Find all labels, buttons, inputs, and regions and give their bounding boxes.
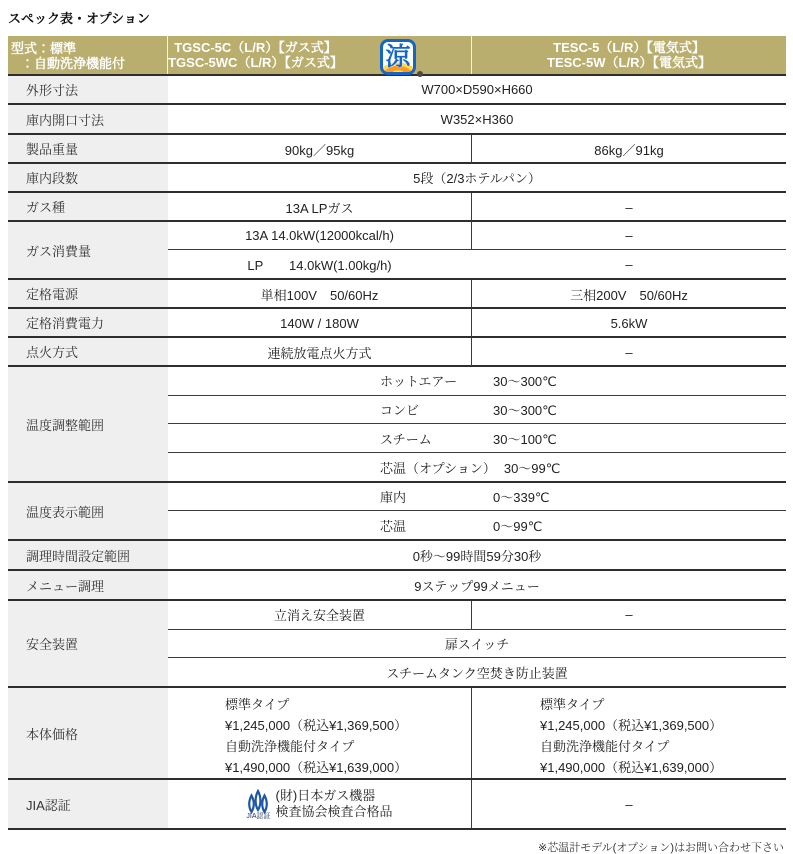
table-row-gas-type: ガス種 13A LPガス – <box>8 193 786 222</box>
row-label: 定格電源 <box>8 280 168 307</box>
cool-mark-wrap: 涼 <box>380 38 426 80</box>
gas-consumption-13a-value: 13A 14.0kW(12000kcal/h) <box>168 222 472 249</box>
temp-display-item: 庫内 0～339℃ <box>168 483 786 510</box>
cool-mark-icon: 涼 <box>380 39 416 75</box>
price-line: ¥1,245,000（税込¥1,369,500） <box>540 715 722 736</box>
gas-consumption-13a-electric: – <box>472 222 786 249</box>
row-label: 庫内開口寸法 <box>8 105 168 133</box>
row-label: 外形寸法 <box>8 76 168 103</box>
spec-page: スペック表・オプション 型式：標準 ：自動洗浄機能付 TGSC-5C（L/R）【… <box>8 8 786 854</box>
gas-model-line2: TGSC-5WC（L/R）【ガス式】 <box>168 55 343 70</box>
gas-consumption-lp-electric: – <box>472 250 786 278</box>
jia-text-line1: (財)日本ガス機器 <box>276 788 393 804</box>
row-label: 温度表示範囲 <box>8 483 168 539</box>
registered-mark-icon <box>417 71 423 77</box>
gas-type-electric-value: – <box>472 193 786 221</box>
power-consumption-gas-value: 140W / 180W <box>168 309 472 337</box>
jia-gas-cell: JIA認証 (財)日本ガス機器 検査協会検査合格品 <box>168 780 472 828</box>
price-gas-cell: 標準タイプ ¥1,245,000（税込¥1,369,500） 自動洗浄機能付タイ… <box>168 688 472 778</box>
row-label: 調理時間設定範囲 <box>8 541 168 569</box>
row-label: メニュー調理 <box>8 571 168 599</box>
temp-adjust-item: 芯温（オプション） 30～99℃ <box>168 453 786 481</box>
safety-gas-value: 立消え安全装置 <box>168 601 472 629</box>
temp-range-value: 30～99℃ <box>504 458 561 477</box>
table-row-jia-certification: JIA認証 JIA認証 <box>8 780 786 830</box>
jia-logo-caption: JIA認証 <box>246 813 270 820</box>
header-gas-model: TGSC-5C（L/R）【ガス式】 TGSC-5WC（L/R）【ガス式】 涼 <box>168 36 472 74</box>
temp-adjust-item: コンビ 30～300℃ <box>168 396 786 424</box>
price-electric-cell: 標準タイプ ¥1,245,000（税込¥1,369,500） 自動洗浄機能付タイ… <box>472 688 786 778</box>
table-row-gas-consumption: ガス消費量 13A 14.0kW(12000kcal/h) – LP 14.0k… <box>8 222 786 280</box>
ignition-gas-value: 連続放電点火方式 <box>168 338 472 366</box>
row-label: 庫内段数 <box>8 164 168 191</box>
table-row-power-consumption: 定格消費電力 140W / 180W 5.6kW <box>8 309 786 338</box>
page-title: スペック表・オプション <box>8 8 786 27</box>
row-label: 温度調整範囲 <box>8 367 168 481</box>
jia-logo-icon <box>246 789 270 814</box>
temp-range-value: 0～99℃ <box>493 516 542 535</box>
gas-consumption-lp-value: LP 14.0kW(1.00kg/h) <box>168 250 472 278</box>
table-row-temp-display-range: 温度表示範囲 庫内 0～339℃ 芯温 0～99℃ <box>8 483 786 541</box>
jia-text-line2: 検査協会検査合格品 <box>276 804 393 820</box>
price-line: ¥1,490,000（税込¥1,639,000） <box>225 757 407 778</box>
spec-table: 型式：標準 ：自動洗浄機能付 TGSC-5C（L/R）【ガス式】 TGSC-5W… <box>8 36 786 830</box>
temp-mode-name: スチーム <box>380 429 485 448</box>
temp-range-value: 0～339℃ <box>493 487 550 506</box>
safety-steam-tank: スチームタンク空焚き防止装置 <box>168 658 786 686</box>
electric-model-names: TESC-5（L/R）【電気式】 TESC-5W（L/R）【電気式】 <box>472 40 786 70</box>
header-electric-model: TESC-5（L/R）【電気式】 TESC-5W（L/R）【電気式】 <box>472 36 786 74</box>
price-line: ¥1,245,000（税込¥1,369,500） <box>225 715 407 736</box>
electric-model-line2: TESC-5W（L/R）【電気式】 <box>472 55 786 70</box>
temp-display-item: 芯温 0～99℃ <box>168 511 786 539</box>
table-row-menu-cooking: メニュー調理 9ステップ99メニュー <box>8 571 786 601</box>
temp-mode-name: ホットエアー <box>380 371 485 390</box>
shelves-value: 5段（2/3ホテルパン） <box>168 164 786 191</box>
table-header-row: 型式：標準 ：自動洗浄機能付 TGSC-5C（L/R）【ガス式】 TGSC-5W… <box>8 36 786 76</box>
power-supply-electric-value: 三相200V 50/60Hz <box>472 280 786 308</box>
temp-range-value: 30～300℃ <box>493 400 557 419</box>
electric-model-line1: TESC-5（L/R）【電気式】 <box>472 40 786 55</box>
outer-dimensions-value: W700×D590×H660 <box>168 76 786 103</box>
header-model-type: 型式：標準 ：自動洗浄機能付 <box>8 36 168 74</box>
temp-mode-name: 芯温 <box>380 516 485 535</box>
cool-character: 涼 <box>383 42 413 72</box>
table-row-cook-time-range: 調理時間設定範囲 0秒～99時間59分30秒 <box>8 541 786 571</box>
price-line: ¥1,490,000（税込¥1,639,000） <box>540 757 722 778</box>
table-row-opening-dimensions: 庫内開口寸法 W352×H360 <box>8 105 786 135</box>
row-label: 点火方式 <box>8 338 168 365</box>
model-type-line1: 型式：標準 <box>11 41 167 56</box>
footnote: ※芯温計モデル(オプション)はお問い合わせ下さい <box>8 830 786 854</box>
table-row-weight: 製品重量 90kg／95kg 86kg／91kg <box>8 135 786 164</box>
table-row-temp-adjust-range: 温度調整範囲 ホットエアー 30～300℃ コンビ 30～300℃ スチーム 3… <box>8 367 786 483</box>
weight-electric-value: 86kg／91kg <box>472 135 786 163</box>
temp-adjust-item: ホットエアー 30～300℃ <box>168 367 786 395</box>
table-row-outer-dimensions: 外形寸法 W700×D590×H660 <box>8 76 786 105</box>
temp-mode-name: 庫内 <box>380 487 485 506</box>
cook-time-value: 0秒～99時間59分30秒 <box>168 541 786 569</box>
row-label: 安全装置 <box>8 601 168 686</box>
menu-cooking-value: 9ステップ99メニュー <box>168 571 786 599</box>
model-type-line2: ：自動洗浄機能付 <box>11 56 167 71</box>
power-consumption-electric-value: 5.6kW <box>472 309 786 337</box>
weight-gas-value: 90kg／95kg <box>168 135 472 163</box>
row-label: ガス種 <box>8 193 168 220</box>
price-line: 自動洗浄機能付タイプ <box>225 736 354 757</box>
row-label: ガス消費量 <box>8 222 168 278</box>
table-row-ignition: 点火方式 連続放電点火方式 – <box>8 338 786 367</box>
temp-mode-name: コンビ <box>380 400 485 419</box>
temp-adjust-item: スチーム 30～100℃ <box>168 424 786 452</box>
table-row-safety-devices: 安全装置 立消え安全装置 – 扉スイッチ スチームタンク空焚き防止装置 <box>8 601 786 688</box>
temp-range-value: 30～300℃ <box>493 371 557 390</box>
ignition-electric-value: – <box>472 338 786 366</box>
price-line: 標準タイプ <box>225 694 289 715</box>
table-row-power-supply: 定格電源 単相100V 50/60Hz 三相200V 50/60Hz <box>8 280 786 309</box>
table-row-price: 本体価格 標準タイプ ¥1,245,000（税込¥1,369,500） 自動洗浄… <box>8 688 786 780</box>
table-row-shelves: 庫内段数 5段（2/3ホテルパン） <box>8 164 786 193</box>
gas-model-line1: TGSC-5C（L/R）【ガス式】 <box>168 40 343 55</box>
price-line: 自動洗浄機能付タイプ <box>540 736 669 757</box>
price-line: 標準タイプ <box>540 694 604 715</box>
gas-type-gas-value: 13A LPガス <box>168 193 472 221</box>
safety-electric-value: – <box>472 601 786 629</box>
temp-mode-name: 芯温（オプション） <box>380 458 496 477</box>
temp-range-value: 30～100℃ <box>493 429 557 448</box>
row-label: JIA認証 <box>8 780 168 828</box>
jia-electric-value: – <box>472 780 786 828</box>
safety-door-switch: 扉スイッチ <box>168 630 786 658</box>
power-supply-gas-value: 単相100V 50/60Hz <box>168 280 472 308</box>
row-label: 製品重量 <box>8 135 168 162</box>
row-label: 定格消費電力 <box>8 309 168 336</box>
opening-dimensions-value: W352×H360 <box>168 105 786 133</box>
row-label: 本体価格 <box>8 688 168 778</box>
